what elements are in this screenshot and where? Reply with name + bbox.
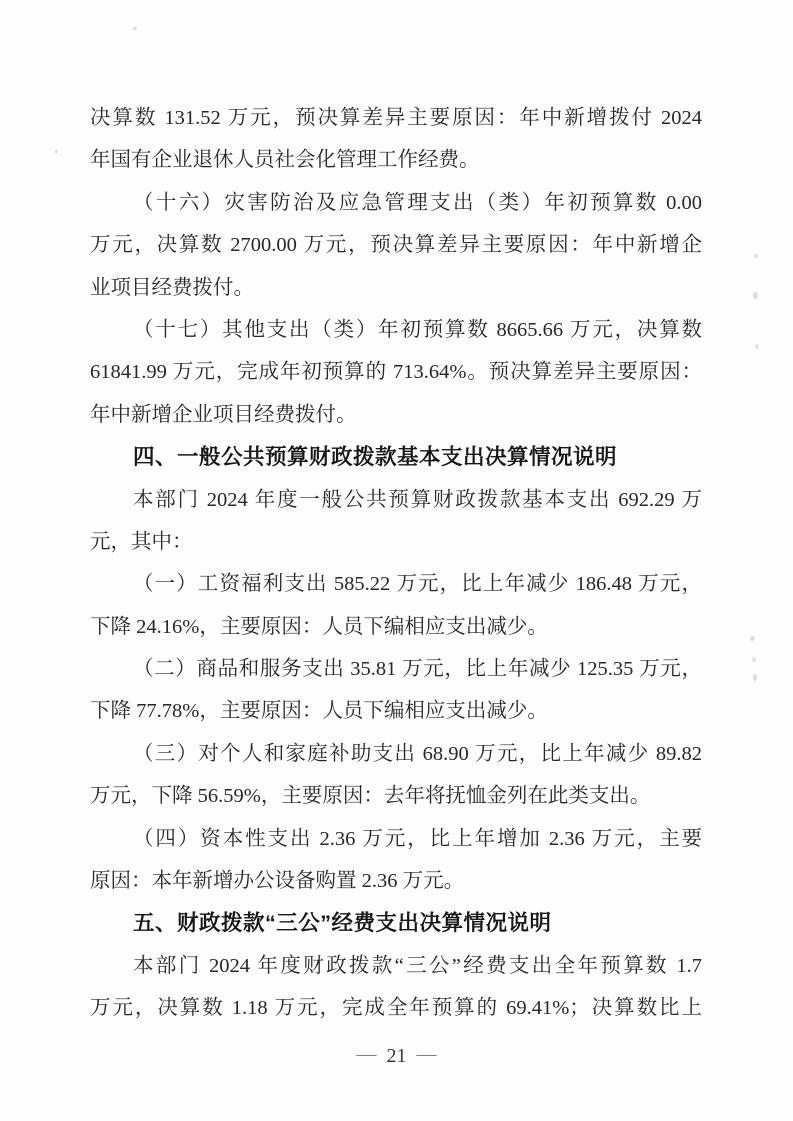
text-line: 万元，决算数 2700.00 万元，预决算差异主要原因：年中新增企 — [90, 224, 702, 266]
scan-speck — [753, 292, 758, 299]
text-line: 元，其中： — [90, 521, 702, 563]
text-line: （十六）灾害防治及应急管理支出（类）年初预算数 0.00 — [90, 182, 702, 224]
text-line: 下降 24.16%，主要原因：人员下编相应支出减少。 — [90, 606, 702, 648]
scan-speck — [752, 657, 756, 662]
text-line: 年国有企业退休人员社会化管理工作经费。 — [90, 139, 702, 181]
text-line: （三）对个人和家庭补助支出 68.90 万元，比上年减少 89.82 — [90, 733, 702, 775]
text-line: 本部门 2024 年度财政拨款“三公”经费支出全年预算数 1.7 — [90, 945, 702, 987]
section-heading: 五、财政拨款“三公”经费支出决算情况说明 — [90, 902, 702, 944]
text-line: （二）商品和服务支出 35.81 万元，比上年减少 125.35 万元， — [90, 648, 702, 690]
document-page: 决算数 131.52 万元，预决算差异主要原因：年中新增拨付 2024年国有企业… — [0, 0, 793, 1121]
page-number: —21— — [0, 1041, 793, 1071]
scan-speck — [754, 254, 758, 258]
text-line: （一）工资福利支出 585.22 万元，比上年减少 186.48 万元， — [90, 563, 702, 605]
section-heading: 四、一般公共预算财政拨款基本支出决算情况说明 — [90, 436, 702, 478]
text-line: 61841.99 万元，完成年初预算的 713.64%。预决算差异主要原因： — [90, 351, 702, 393]
scan-speck — [755, 344, 759, 349]
document-body: 决算数 131.52 万元，预决算差异主要原因：年中新增拨付 2024年国有企业… — [90, 97, 702, 1030]
text-line: 下降 77.78%，主要原因：人员下编相应支出减少。 — [90, 690, 702, 732]
page-number-left-dash: — — [347, 1043, 387, 1065]
page-number-value: 21 — [387, 1045, 407, 1067]
scan-speck — [133, 27, 137, 30]
text-line: 本部门 2024 年度一般公共预算财政拨款基本支出 692.29 万 — [90, 479, 702, 521]
text-line: （十七）其他支出（类）年初预算数 8665.66 万元，决算数 — [90, 309, 702, 351]
text-line: 原因：本年新增办公设备购置 2.36 万元。 — [90, 860, 702, 902]
scan-speck — [750, 636, 755, 641]
scan-speck — [753, 674, 757, 681]
text-line: 万元，决算数 1.18 万元，完成全年预算的 69.41%；决算数比上 — [90, 987, 702, 1029]
text-line: （四）资本性支出 2.36 万元，比上年增加 2.36 万元，主要 — [90, 818, 702, 860]
text-line: 万元，下降 56.59%，主要原因：去年将抚恤金列在此类支出。 — [90, 775, 702, 817]
text-line: 年中新增企业项目经费拨付。 — [90, 394, 702, 436]
page-number-right-dash: — — [407, 1043, 447, 1065]
scan-speck — [55, 150, 58, 153]
text-line: 决算数 131.52 万元，预决算差异主要原因：年中新增拨付 2024 — [90, 97, 702, 139]
text-line: 业项目经费拨付。 — [90, 267, 702, 309]
